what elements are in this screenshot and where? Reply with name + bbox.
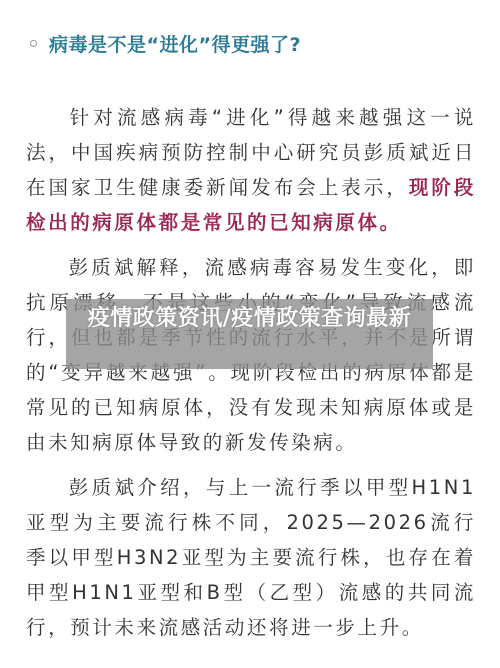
overlay-title: 疫情政策资讯/疫情政策查询最新 bbox=[76, 305, 423, 333]
section-heading: 病毒是不是“进化”得更强了? bbox=[30, 30, 301, 57]
paragraph-1: 针对流感病毒“进化”得越来越强这一说法，中国疾病预防控制中心研究员彭质斌近日在国… bbox=[26, 100, 476, 240]
title-overlay-banner: 疫情政策资讯/疫情政策查询最新 bbox=[66, 299, 433, 369]
circle-bullet-icon bbox=[30, 40, 37, 47]
section-heading-text: 病毒是不是“进化”得更强了? bbox=[49, 30, 301, 57]
paragraph-3: 彭质斌介绍，与上一流行季以甲型H1N1亚型为主要流行株不同，2025—2026流… bbox=[26, 470, 476, 645]
paragraph-3-text: 彭质斌介绍，与上一流行季以甲型H1N1亚型为主要流行株不同，2025—2026流… bbox=[26, 476, 476, 639]
